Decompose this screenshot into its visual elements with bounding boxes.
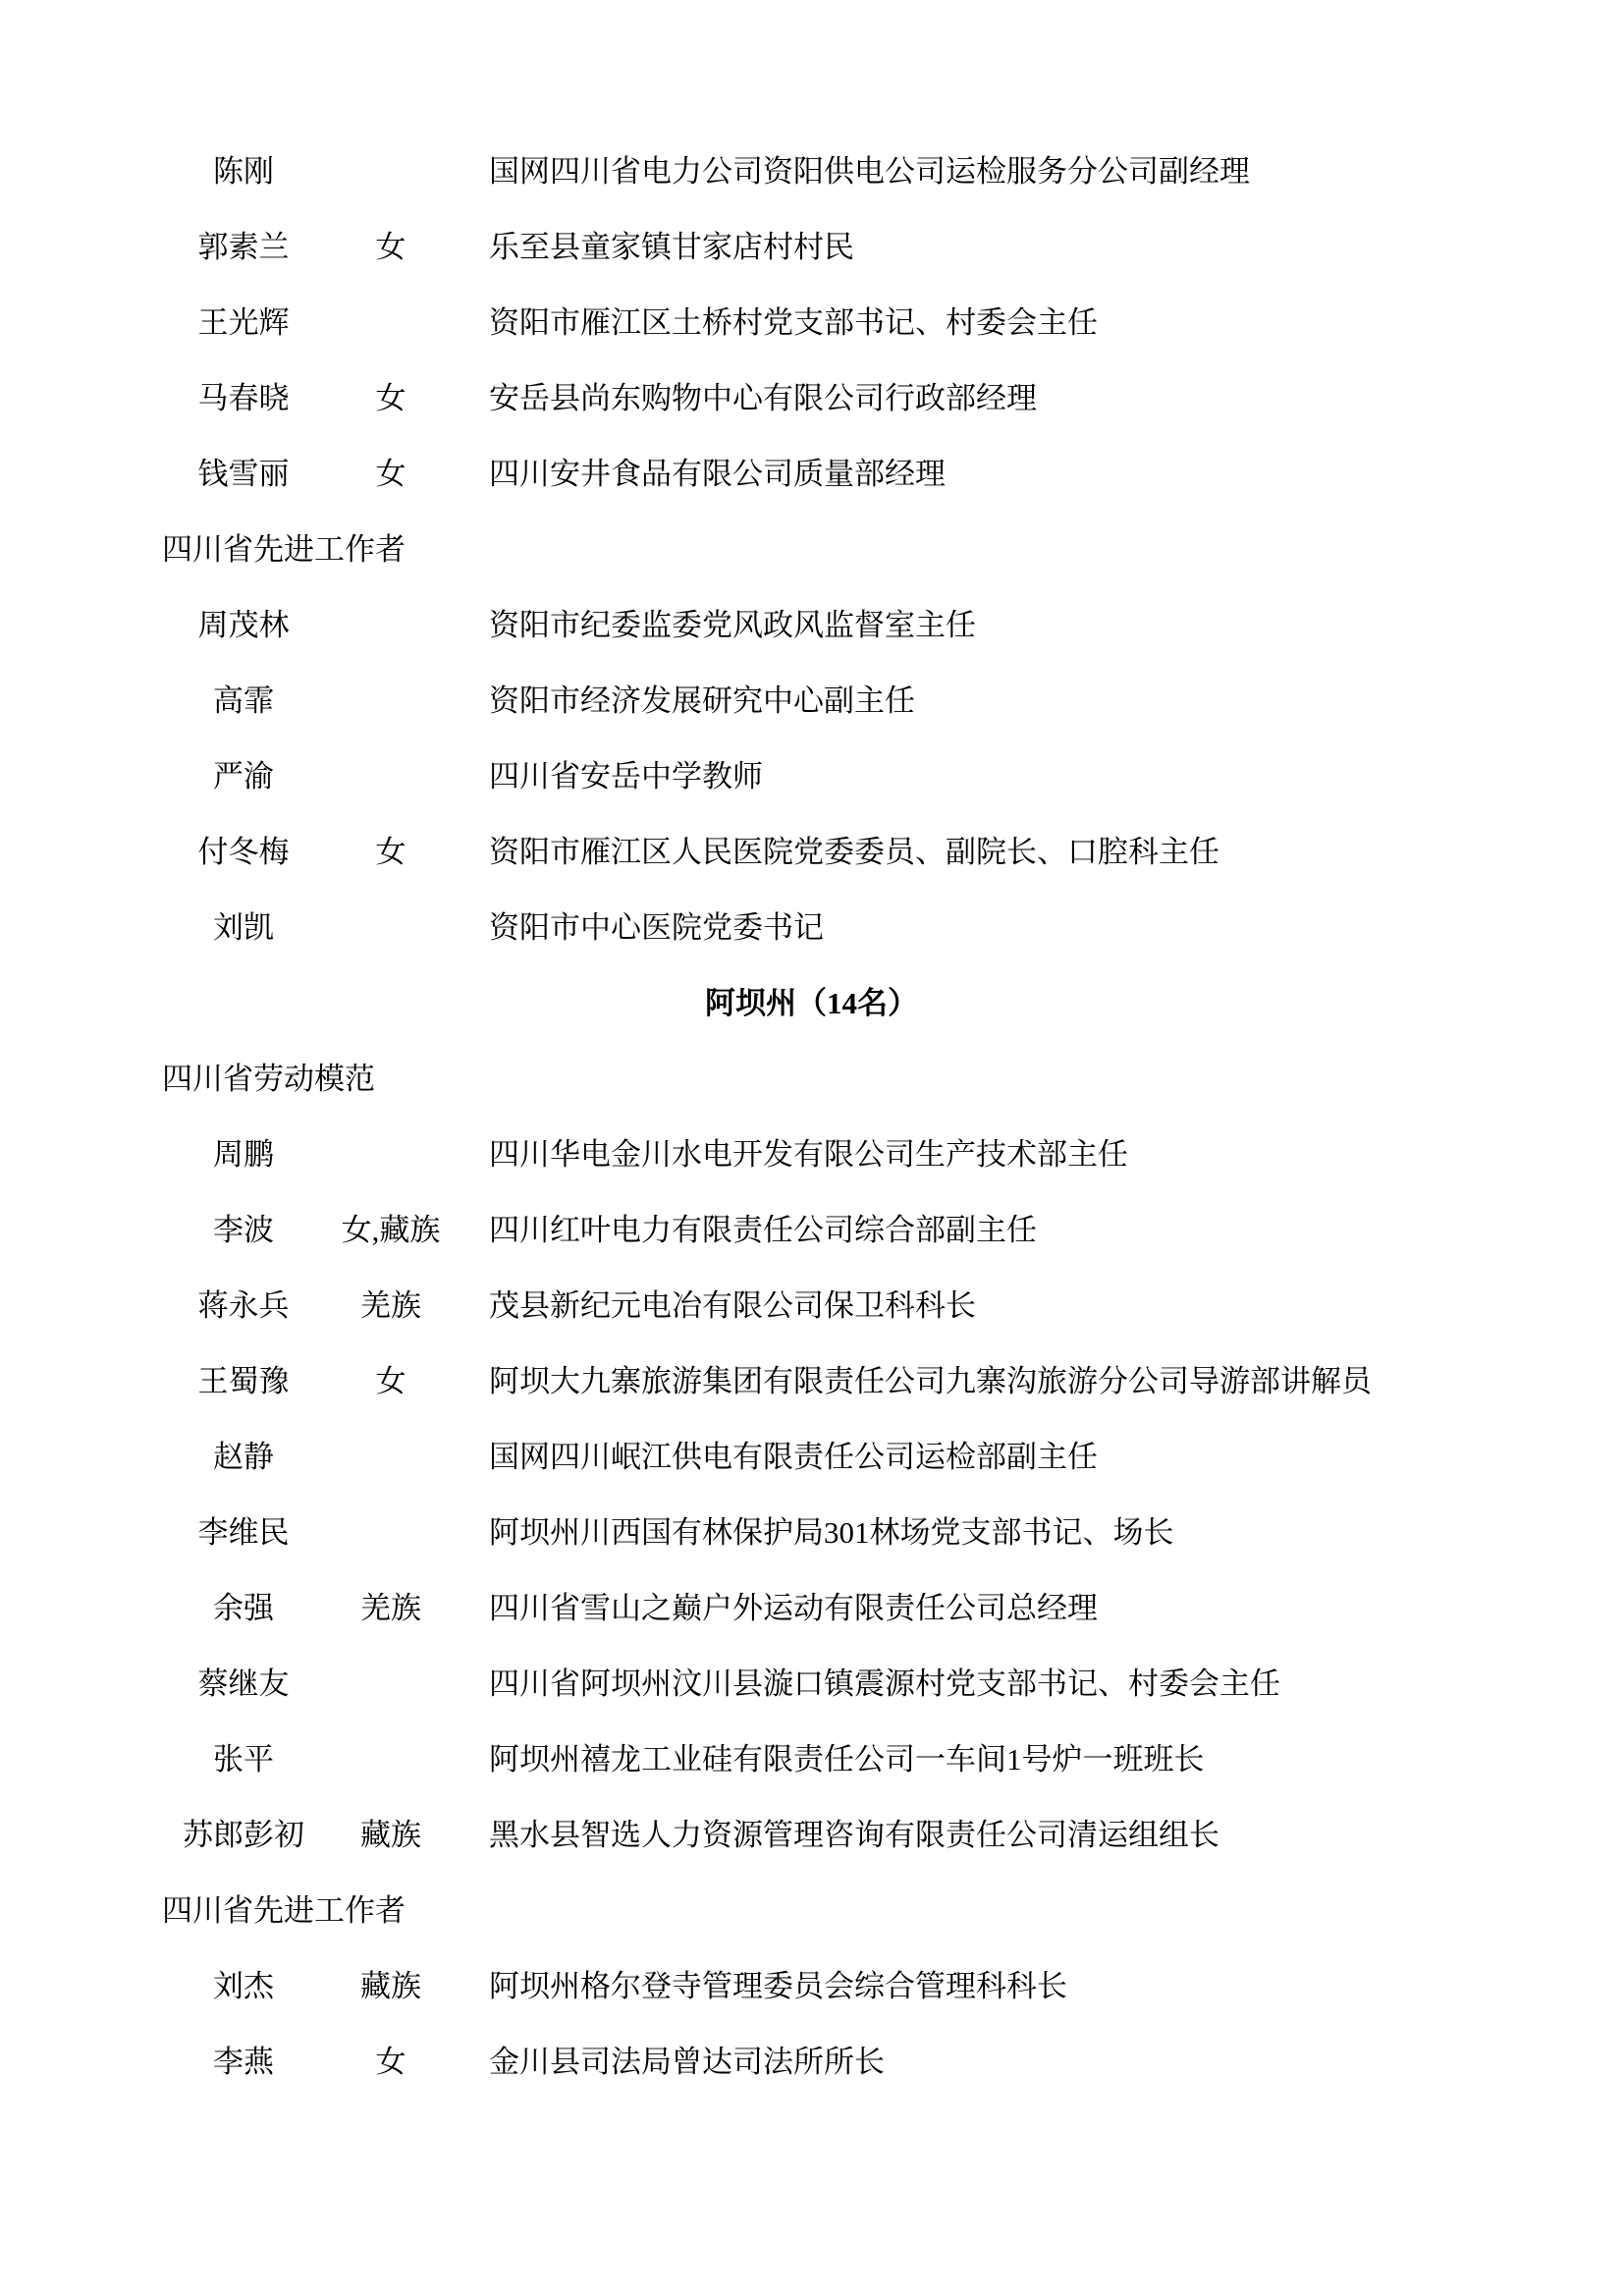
awardee-position: 资阳市雁江区人民医院党委委员、副院长、口腔科主任 (489, 835, 1623, 870)
awardee-gender-ethnicity: 女 (325, 381, 457, 416)
awardee-position: 阿坝州格尔登寺管理委员会综合管理科科长 (489, 1969, 1623, 2004)
awardee-name: 刘凯 (162, 910, 325, 946)
region-heading: 阿坝州（14名） (705, 986, 918, 1021)
awardee-position: 四川省雪山之巅户外运动有限责任公司总经理 (489, 1591, 1623, 1626)
awardee-row: 周鹏四川华电金川水电开发有限公司生产技术部主任 (0, 1117, 1623, 1192)
awardee-position: 金川县司法局曾达司法所所长 (489, 2045, 1623, 2080)
awardee-name: 刘杰 (162, 1969, 325, 2004)
awardee-row: 周茂林资阳市纪委监委党风政风监督室主任 (0, 587, 1623, 663)
awardee-position: 四川华电金川水电开发有限公司生产技术部主任 (489, 1137, 1623, 1173)
awardee-position: 四川省安岳中学教师 (489, 759, 1623, 794)
awardee-position: 四川红叶电力有限责任公司综合部副主任 (489, 1213, 1623, 1248)
awardee-row: 钱雪丽女四川安井食品有限公司质量部经理 (0, 436, 1623, 512)
awardee-row: 陈刚国网四川省电力公司资阳供电公司运检服务分公司副经理 (0, 134, 1623, 209)
awardee-gender-ethnicity: 女 (325, 457, 457, 492)
award-category-label: 四川省劳动模范 (162, 1062, 375, 1097)
awardee-gender-ethnicity: 藏族 (325, 1969, 457, 2004)
awardee-name: 周茂林 (162, 608, 325, 643)
awardee-name: 苏郎彭初 (162, 1818, 325, 1853)
awardee-name: 陈刚 (162, 154, 325, 190)
awardee-row: 王蜀豫女阿坝大九寨旅游集团有限责任公司九寨沟旅游分公司导游部讲解员 (0, 1343, 1623, 1419)
awardee-row: 赵静国网四川岷江供电有限责任公司运检部副主任 (0, 1419, 1623, 1495)
region-heading-row: 阿坝州（14名） (0, 965, 1623, 1041)
awardee-row: 蒋永兵羌族茂县新纪元电冶有限公司保卫科科长 (0, 1268, 1623, 1343)
document-page: 陈刚国网四川省电力公司资阳供电公司运检服务分公司副经理郭素兰女乐至县童家镇甘家店… (0, 0, 1623, 2296)
awardee-row: 苏郎彭初藏族黑水县智选人力资源管理咨询有限责任公司清运组组长 (0, 1797, 1623, 1873)
award-category-label: 四川省先进工作者 (162, 532, 406, 568)
award-category-row: 四川省先进工作者 (0, 1873, 1623, 1948)
awardee-name: 严渝 (162, 759, 325, 794)
awardee-position: 阿坝大九寨旅游集团有限责任公司九寨沟旅游分公司导游部讲解员 (489, 1364, 1623, 1399)
awardee-gender-ethnicity: 女 (325, 2045, 457, 2080)
award-category-label: 四川省先进工作者 (162, 1893, 406, 1929)
awardee-name: 李维民 (162, 1515, 325, 1551)
awardee-name: 付冬梅 (162, 835, 325, 870)
awardee-row: 李燕女金川县司法局曾达司法所所长 (0, 2024, 1623, 2100)
awardee-position: 乐至县童家镇甘家店村村民 (489, 230, 1623, 265)
awardee-row: 蔡继友四川省阿坝州汶川县漩口镇震源村党支部书记、村委会主任 (0, 1646, 1623, 1722)
awardee-position: 阿坝州川西国有林保护局301林场党支部书记、场长 (489, 1515, 1623, 1551)
award-category-row: 四川省先进工作者 (0, 512, 1623, 587)
awardee-gender-ethnicity: 女 (325, 835, 457, 870)
awardee-position: 四川安井食品有限公司质量部经理 (489, 457, 1623, 492)
awardee-name: 蔡继友 (162, 1667, 325, 1702)
awardee-row: 刘凯资阳市中心医院党委书记 (0, 890, 1623, 965)
awardee-name: 郭素兰 (162, 230, 325, 265)
awardee-name: 李波 (162, 1213, 325, 1248)
awardee-name: 马春晓 (162, 381, 325, 416)
awardee-position: 四川省阿坝州汶川县漩口镇震源村党支部书记、村委会主任 (489, 1667, 1623, 1702)
awardee-gender-ethnicity: 羌族 (325, 1591, 457, 1626)
awardee-row: 刘杰藏族阿坝州格尔登寺管理委员会综合管理科科长 (0, 1948, 1623, 2024)
awardee-position: 资阳市雁江区土桥村党支部书记、村委会主任 (489, 305, 1623, 341)
awardee-gender-ethnicity: 女,藏族 (325, 1213, 457, 1248)
awardee-gender-ethnicity: 羌族 (325, 1288, 457, 1324)
awardee-row: 严渝四川省安岳中学教师 (0, 738, 1623, 814)
awardee-name: 李燕 (162, 2045, 325, 2080)
awardee-row: 李波女,藏族四川红叶电力有限责任公司综合部副主任 (0, 1192, 1623, 1268)
awardee-row: 张平阿坝州禧龙工业硅有限责任公司一车间1号炉一班班长 (0, 1722, 1623, 1797)
awardee-name: 钱雪丽 (162, 457, 325, 492)
awardee-name: 周鹏 (162, 1137, 325, 1173)
awardee-row: 马春晓女安岳县尚东购物中心有限公司行政部经理 (0, 360, 1623, 436)
awardee-name: 赵静 (162, 1440, 325, 1475)
awardee-gender-ethnicity: 藏族 (325, 1818, 457, 1853)
awardee-position: 资阳市经济发展研究中心副主任 (489, 683, 1623, 719)
awardee-gender-ethnicity: 女 (325, 230, 457, 265)
awardee-position: 阿坝州禧龙工业硅有限责任公司一车间1号炉一班班长 (489, 1742, 1623, 1777)
awardee-row: 李维民阿坝州川西国有林保护局301林场党支部书记、场长 (0, 1495, 1623, 1570)
awardee-position: 国网四川省电力公司资阳供电公司运检服务分公司副经理 (489, 154, 1623, 190)
awardee-position: 黑水县智选人力资源管理咨询有限责任公司清运组组长 (489, 1818, 1623, 1853)
awardee-position: 资阳市纪委监委党风政风监督室主任 (489, 608, 1623, 643)
awardee-position: 资阳市中心医院党委书记 (489, 910, 1623, 946)
awardee-name: 王蜀豫 (162, 1364, 325, 1399)
awardee-row: 余强羌族四川省雪山之巅户外运动有限责任公司总经理 (0, 1570, 1623, 1646)
awardee-name: 余强 (162, 1591, 325, 1626)
awardee-gender-ethnicity: 女 (325, 1364, 457, 1399)
awardee-name: 张平 (162, 1742, 325, 1777)
awardee-row: 付冬梅女资阳市雁江区人民医院党委委员、副院长、口腔科主任 (0, 814, 1623, 890)
awardee-name: 蒋永兵 (162, 1288, 325, 1324)
awardee-position: 茂县新纪元电冶有限公司保卫科科长 (489, 1288, 1623, 1324)
awardee-row: 郭素兰女乐至县童家镇甘家店村村民 (0, 209, 1623, 285)
awardee-position: 安岳县尚东购物中心有限公司行政部经理 (489, 381, 1623, 416)
awardee-position: 国网四川岷江供电有限责任公司运检部副主任 (489, 1440, 1623, 1475)
awardee-name: 高霏 (162, 683, 325, 719)
awardee-row: 王光辉资阳市雁江区土桥村党支部书记、村委会主任 (0, 285, 1623, 360)
awardee-name: 王光辉 (162, 305, 325, 341)
award-category-row: 四川省劳动模范 (0, 1041, 1623, 1117)
awardee-row: 高霏资阳市经济发展研究中心副主任 (0, 663, 1623, 738)
